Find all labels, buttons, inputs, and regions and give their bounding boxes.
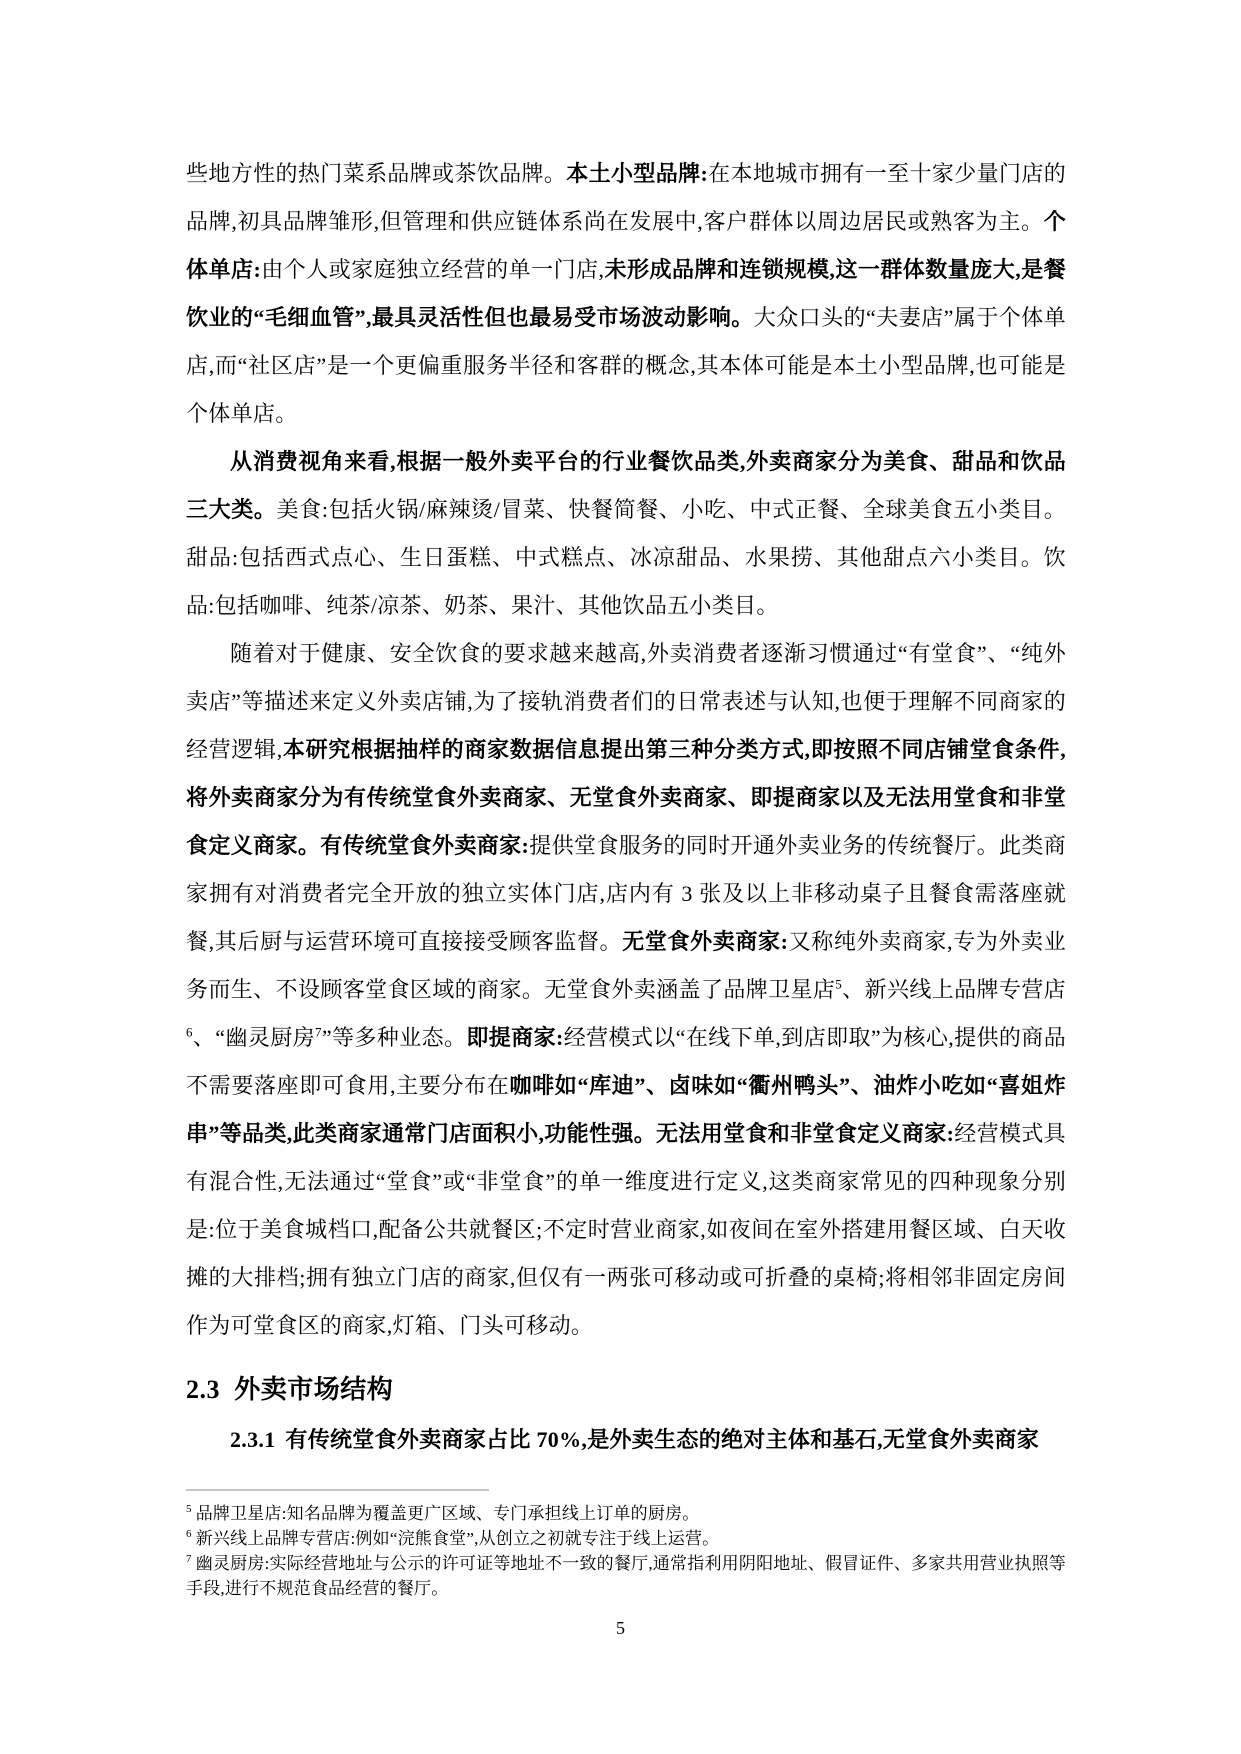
text-run: 美食:包括火锅/麻辣烫/冒菜、快餐简餐、小吃、中式正餐、全球美食五小类目。甜品:…: [186, 497, 1066, 618]
subsection-heading: 2.3.1有传统堂食外卖商家占比 70%,是外卖生态的绝对主体和基石,无堂食外卖…: [186, 1416, 1066, 1464]
text-run: 、新兴线上品牌专营店: [842, 977, 1066, 1002]
footnote-marker: 6: [186, 1528, 192, 1540]
footnote-text: 品牌卫星店:知名品牌为覆盖更广区域、专门承担线上订单的厨房。: [196, 1504, 700, 1523]
footnote: 7幽灵厨房:实际经营地址与公示的许可证等地址不一致的餐厅,通常指利用阴阳地址、假…: [186, 1551, 1066, 1601]
footnote-text: 幽灵厨房:实际经营地址与公示的许可证等地址不一致的餐厅,通常指利用阴阳地址、假冒…: [186, 1554, 1066, 1598]
paragraph: 随着对于健康、安全饮食的要求越来越高,外卖消费者逐渐习惯通过“有堂食”、“纯外卖…: [186, 630, 1066, 1350]
footnote-list: 5品牌卫星店:知名品牌为覆盖更广区域、专门承担线上订单的厨房。6新兴线上品牌专营…: [186, 1501, 1066, 1601]
text-run: ”等多种业态。: [322, 1025, 467, 1050]
footnote-text: 新兴线上品牌专营店:例如“浣熊食堂”,从创立之初就专注于线上运营。: [196, 1529, 720, 1548]
footnote: 5品牌卫星店:知名品牌为覆盖更广区域、专门承担线上订单的厨房。: [186, 1501, 1066, 1526]
bold-text-run: 本土小型品牌:: [566, 161, 708, 186]
subsection-heading-text: 有传统堂食外卖商家占比 70%,是外卖生态的绝对主体和基石,无堂食外卖商家: [285, 1427, 1039, 1452]
subsection-heading-number: 2.3.1: [230, 1427, 276, 1452]
footnote-marker: 7: [186, 1553, 192, 1565]
page-content: 些地方性的热门菜系品牌或茶饮品牌。本土小型品牌:在本地城市拥有一至十家少量门店的…: [186, 150, 1066, 1464]
footnote-separator: [186, 1489, 489, 1491]
text-run: 经营模式具有混合性,无法通过“堂食”或“非堂食”的单一维度进行定义,这类商家常见…: [186, 1121, 1066, 1338]
footnote-marker: 5: [186, 1503, 192, 1515]
body-paragraphs: 些地方性的热门菜系品牌或茶饮品牌。本土小型品牌:在本地城市拥有一至十家少量门店的…: [186, 150, 1066, 1350]
section-heading-title: 外卖市场结构: [234, 1375, 393, 1404]
footnote: 6新兴线上品牌专营店:例如“浣熊食堂”,从创立之初就专注于线上运营。: [186, 1526, 1066, 1551]
footnote-reference: 6: [186, 1025, 193, 1040]
footnote-area: 5品牌卫星店:知名品牌为覆盖更广区域、专门承担线上订单的厨房。6新兴线上品牌专营…: [186, 1489, 1066, 1601]
paragraph: 从消费视角来看,根据一般外卖平台的行业餐饮品类,外卖商家分为美食、甜品和饮品三大…: [186, 438, 1066, 630]
text-run: 、“幽灵厨房: [193, 1025, 315, 1050]
bold-text-run: 无堂食外卖商家:: [622, 929, 788, 954]
section-heading: 2.3外卖市场结构: [186, 1370, 1066, 1410]
text-run: 些地方性的热门菜系品牌或茶饮品牌。: [186, 161, 566, 186]
bold-text-run: 即提商家:: [466, 1025, 563, 1050]
document-page: 些地方性的热门菜系品牌或茶饮品牌。本土小型品牌:在本地城市拥有一至十家少量门店的…: [0, 0, 1241, 1754]
footnote-reference: 7: [315, 1025, 322, 1040]
paragraph: 些地方性的热门菜系品牌或茶饮品牌。本土小型品牌:在本地城市拥有一至十家少量门店的…: [186, 150, 1066, 438]
page-number: 5: [0, 1618, 1241, 1639]
text-run: 由个人或家庭独立经营的单一门店,: [261, 257, 604, 282]
section-heading-number: 2.3: [186, 1375, 220, 1404]
